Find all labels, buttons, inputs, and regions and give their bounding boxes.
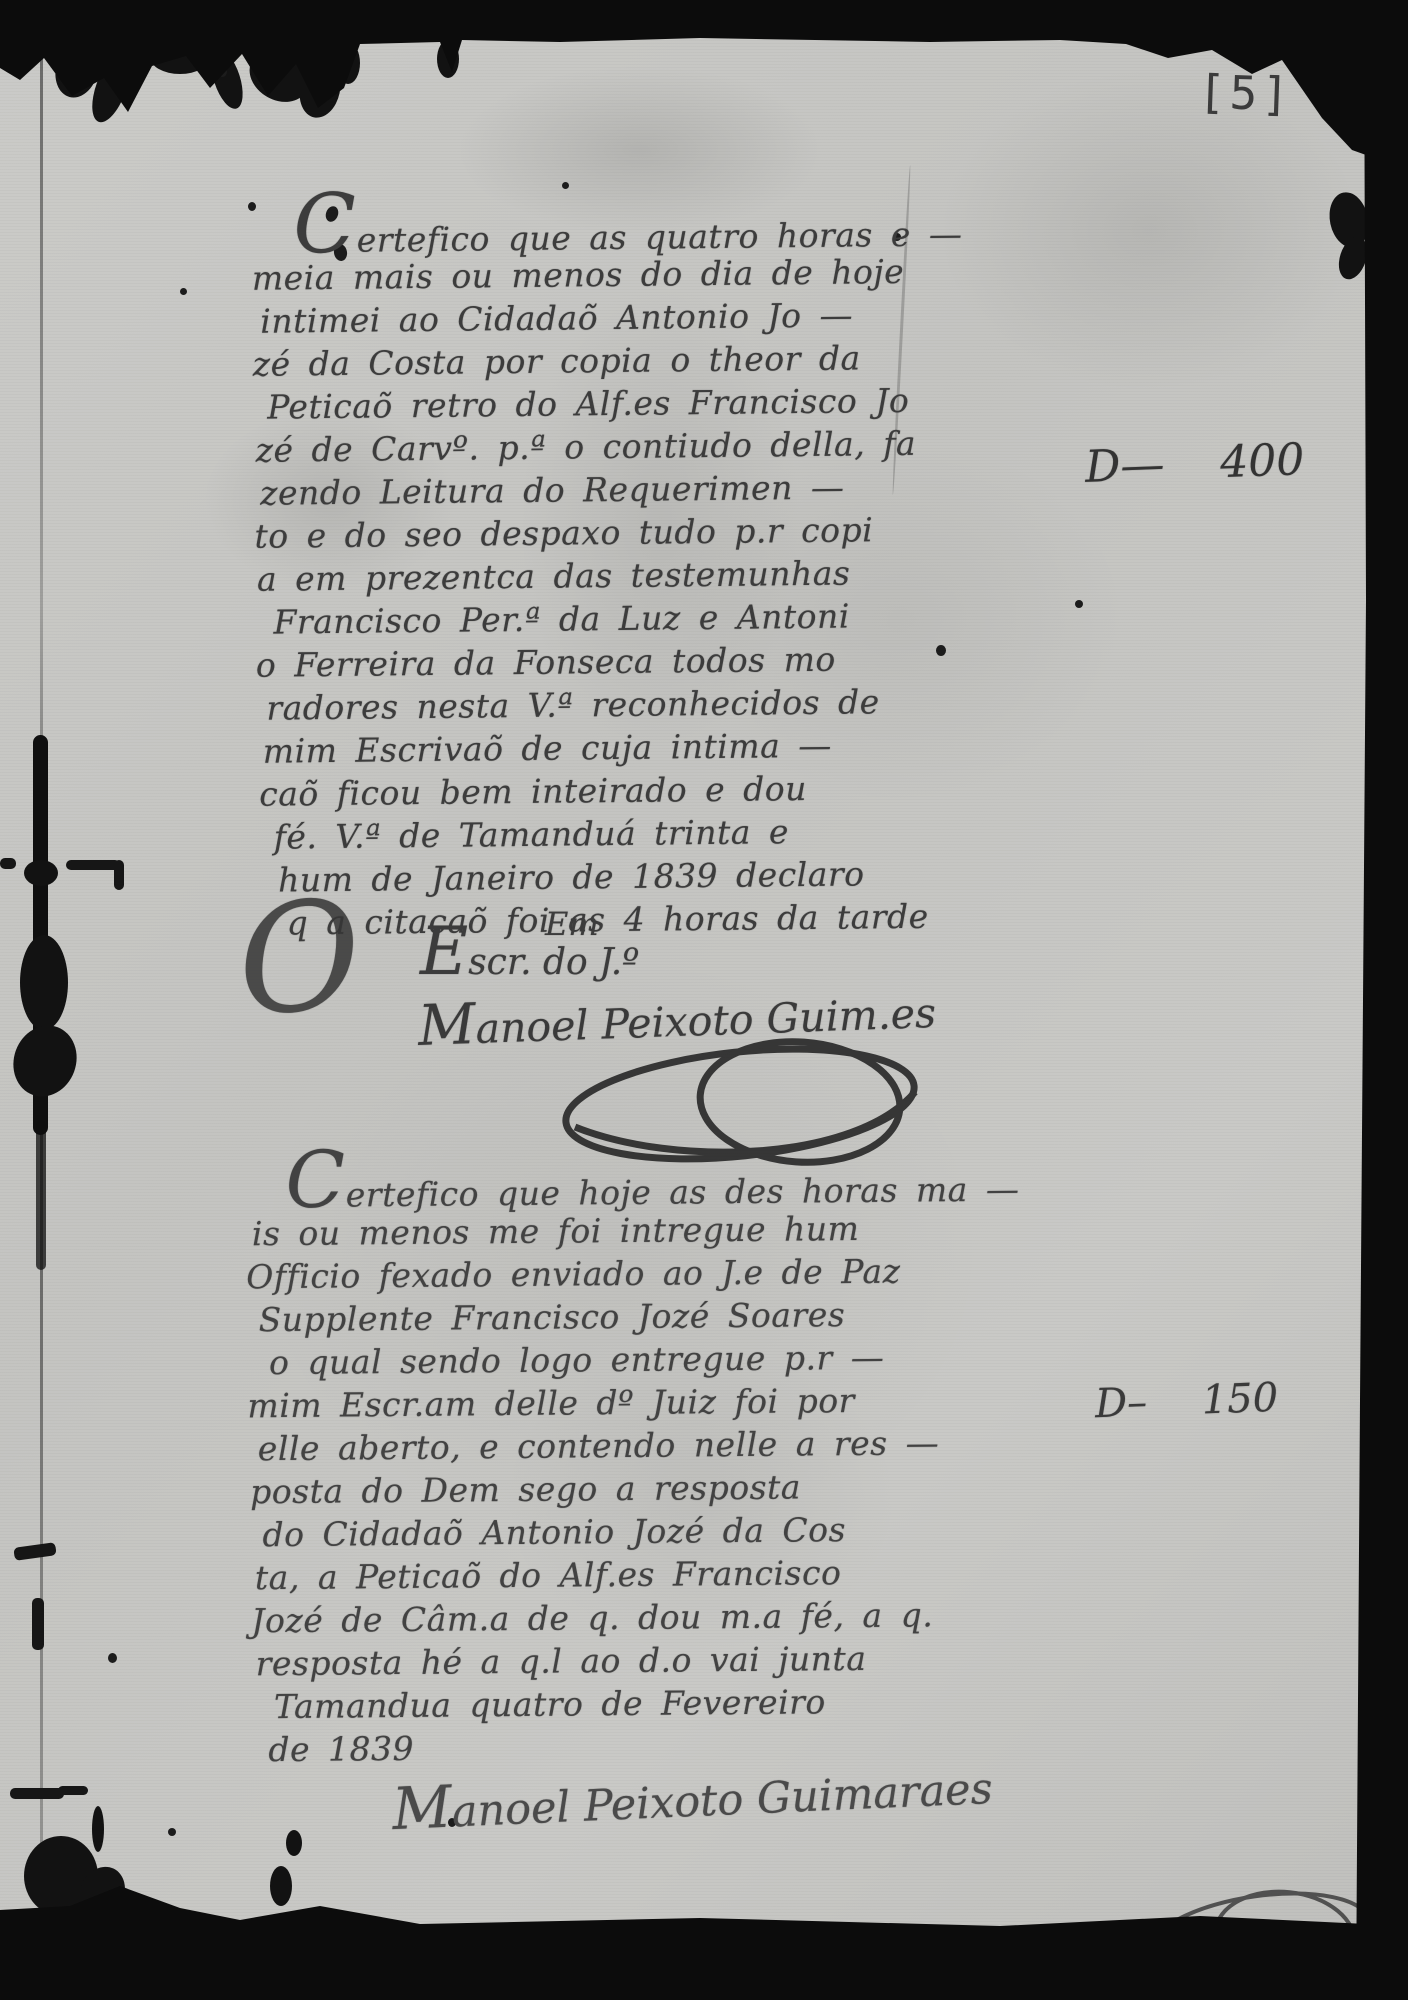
manuscript-line: Francisco Per.ª da Luz e Antoni — [273, 595, 975, 645]
manuscript-line: zé da Costa por copia o theor da — [253, 337, 973, 388]
ink-mark — [58, 1786, 88, 1795]
ink-spot — [562, 182, 569, 189]
signature-rubric-1 — [555, 1032, 925, 1172]
manuscript-line: Jozé de Câm.a de q. dou m.a fé, a q. — [251, 1595, 1009, 1645]
certificate-2-text: Certefico que hoje as des horas ma —is o… — [245, 1165, 1010, 1774]
manuscript-line: o Ferreira da Fonseca todos mo — [256, 638, 976, 689]
gutter-ink-streak-tail — [36, 1120, 46, 1270]
manuscript-line: Certefico que hoje as des horas ma — — [285, 1165, 1005, 1214]
manuscript-line: to e do seo despaxo tudo p.r copi — [254, 509, 974, 560]
manuscript-line: is ou menos me foi intregue hum — [252, 1208, 1006, 1258]
closing-flourish-initial: O — [232, 868, 367, 1050]
manuscript-line: Certefico que as quatro horas e — — [293, 208, 971, 258]
manuscript-line: zé de Carvº. p.ª o contiudo della, fa — [255, 423, 973, 474]
ink-blob — [92, 1806, 104, 1852]
closing-abbreviation-line-1: Em — [545, 905, 599, 943]
ink-spot — [248, 202, 256, 211]
ink-mark — [114, 860, 124, 890]
ink-spot — [168, 1828, 176, 1836]
manuscript-line: ta, a Peticaõ do Alf.es Francisco — [255, 1552, 1009, 1602]
manuscript-line: Supplente Francisco Jozé Soares — [259, 1294, 1007, 1344]
ink-blob — [24, 860, 58, 886]
manuscript-line: caõ ficou bem inteirado e dou — [259, 767, 977, 818]
margin-fee-note-2: D– 150 — [1094, 1375, 1279, 1427]
manuscript-line: Peticaõ retro do Alf.es Francisco Jo — [267, 380, 973, 430]
ink-mark — [0, 858, 16, 869]
ink-mark — [32, 1598, 44, 1650]
manuscript-line: intimei ao Cidadaõ Antonio Jo — — [260, 294, 972, 344]
margin-fee-note-1: D— 400 — [1084, 434, 1305, 493]
ink-blob — [270, 1866, 292, 1906]
manuscript-line: do Cidadaõ Antonio Jozé da Cos — [262, 1509, 1008, 1559]
manuscript-line: mim Escrivaõ de cuja intima — — [263, 724, 977, 774]
ink-spot — [1075, 600, 1083, 608]
corner-stamp: [5] — [1197, 64, 1294, 121]
certificate-1-text: Certefico que as quatro horas e —meia ma… — [251, 208, 979, 946]
ink-mark — [10, 1788, 64, 1799]
manuscript-line: hum de Janeiro de 1839 declaro — [278, 853, 978, 903]
manuscript-line: radores nesta V.ª reconhecidos de — [266, 681, 976, 731]
manuscript-line: zendo Leitura do Requerimen — — [260, 466, 974, 516]
manuscript-line: Tamandua quatro de Fevereiro — [274, 1681, 1010, 1730]
manuscript-scan: [5] 41 Certefico que as quatro horas e —… — [0, 0, 1408, 2000]
manuscript-line: elle aberto, e contendo nelle a res — — [258, 1423, 1008, 1473]
closing-abbreviation-line-2: Escr. do J.º — [420, 942, 639, 983]
manuscript-line: meia mais ou menos do dia de hoje — [252, 251, 972, 302]
ink-spot — [108, 1653, 117, 1663]
manuscript-line: resposta hé a q.l ao d.o vai junta — [256, 1638, 1010, 1688]
manuscript-line: o qual sendo logo entregue p.r — — [269, 1337, 1007, 1386]
manuscript-line: Officio fexado enviado ao J.e de Paz — [246, 1251, 1006, 1301]
manuscript-line: posta do Dem sego a resposta — [250, 1466, 1008, 1516]
manuscript-line: mim Escr.am delle dº Juiz foi por — [247, 1380, 1007, 1430]
ink-blob — [286, 1830, 302, 1856]
manuscript-line: a em prezentca das testemunhas — [257, 552, 975, 603]
manuscript-line: q a citacaõ foi as 4 horas da tarde — [286, 896, 978, 946]
manuscript-line: fé. V.ª de Tamanduá trinta e — [273, 810, 977, 860]
ink-spot — [180, 288, 187, 295]
ink-blob — [20, 935, 68, 1030]
ink-mark — [66, 860, 120, 870]
